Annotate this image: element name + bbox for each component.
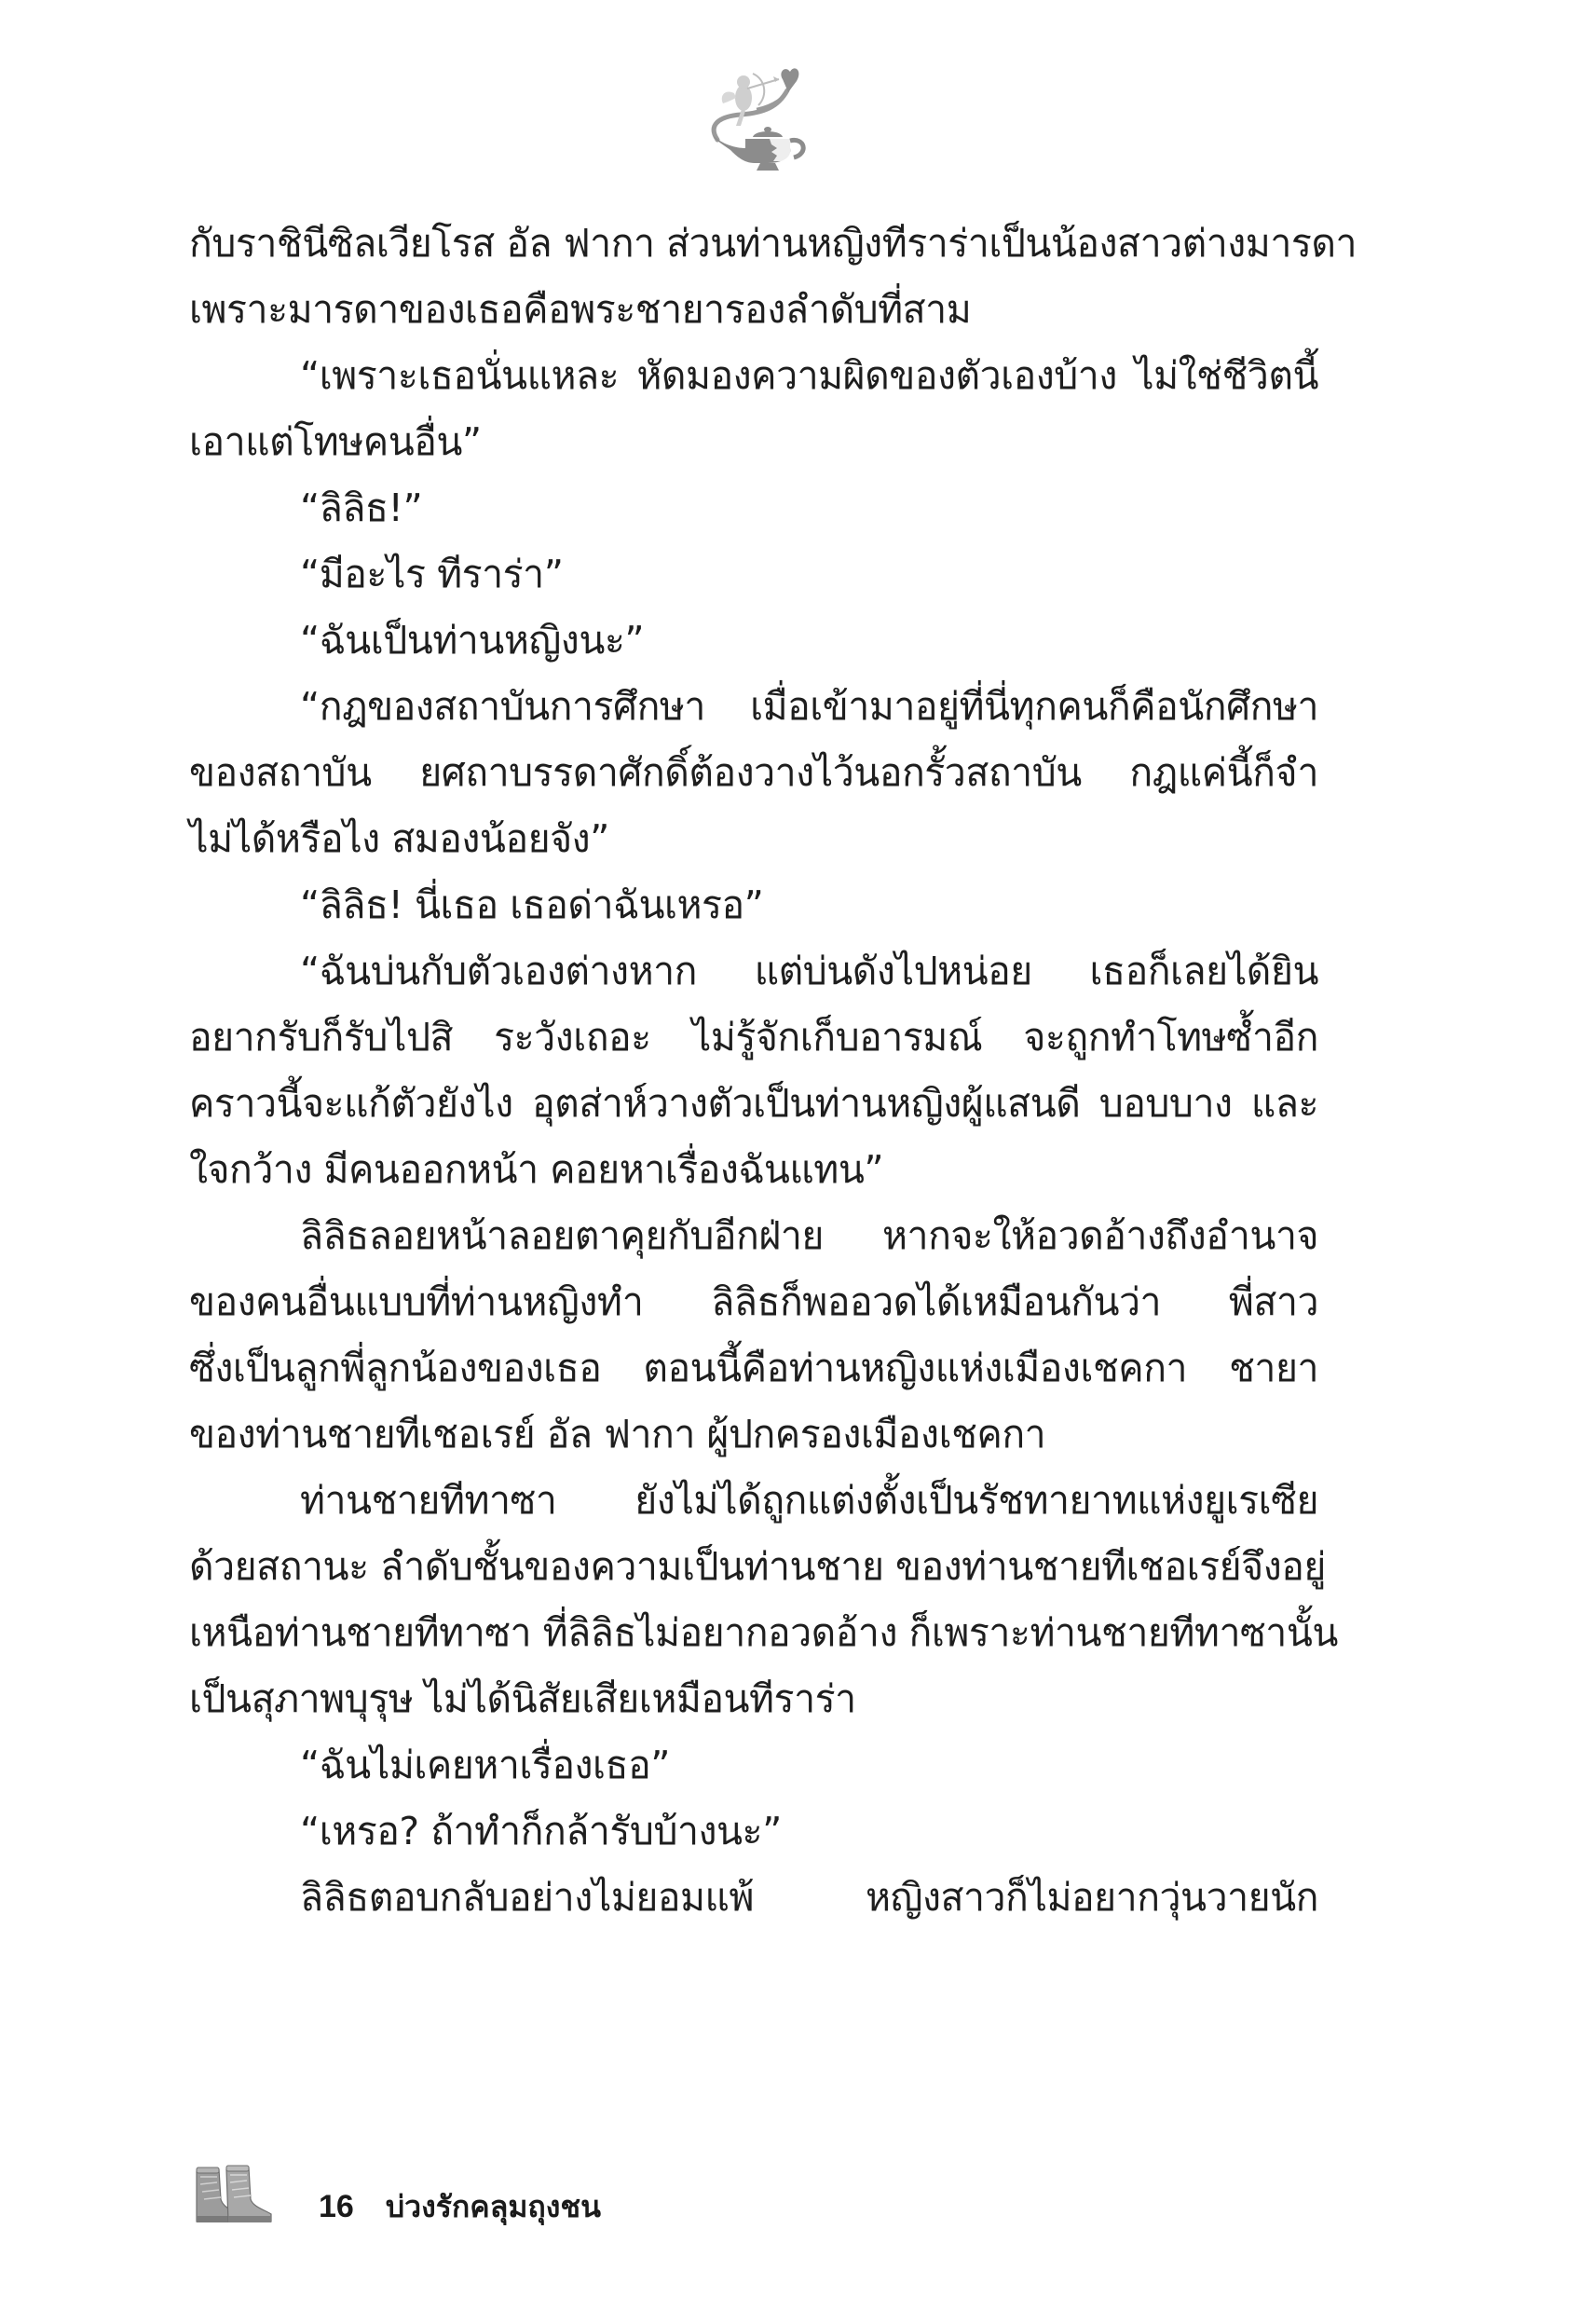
- paragraph-first-line: “ลิลิธ! นี่เธอ เธอด่าฉันเหรอ”: [189, 872, 1318, 938]
- text-line: ใจกว้าง มีคนออกหน้า คอยหาเรื่องฉันแทน”: [189, 1137, 1318, 1203]
- text-line: ของสถาบัน ยศถาบรรดาศักดิ์ต้องวางไว้นอกรั…: [189, 740, 1318, 806]
- paragraph-first-line: ลิลิธลอยหน้าลอยตาคุยกับอีกฝ่าย หากจะให้อ…: [189, 1203, 1318, 1269]
- paragraph-first-line: “ฉันไม่เคยหาเรื่องเธอ”: [189, 1732, 1318, 1798]
- paragraph-first-line: “มีอะไร ทีราร่า”: [189, 541, 1318, 608]
- text-line: ซึ่งเป็นลูกพี่ลูกน้องของเธอ ตอนนี้คือท่า…: [189, 1335, 1318, 1402]
- text-line: ของคนอื่นแบบที่ท่านหญิงทำ ลิลิธก็พออวดได…: [189, 1269, 1318, 1335]
- paragraph-first-line: “ลิลิธ!”: [189, 475, 1318, 541]
- body-text: กับราชินีซิลเวียโรส อัล ฟากา ส่วนท่านหญิ…: [189, 211, 1318, 1931]
- paragraph-first-line: ท่านชายทีทาซา ยังไม่ได้ถูกแต่งตั้งเป็นรั…: [189, 1468, 1318, 1534]
- text-line: ของท่านชายทีเชอเรย์ อัล ฟากา ผู้ปกครองเม…: [189, 1402, 1318, 1468]
- paragraph-first-line: “เหรอ? ถ้าทำก็กล้ารับบ้างนะ”: [189, 1798, 1318, 1865]
- text-line: เพราะมารดาของเธอคือพระชายารองลำดับที่สาม: [189, 277, 1318, 343]
- paragraph-first-line: “เพราะเธอนั่นแหละ หัดมองความผิดของตัวเอง…: [189, 343, 1318, 409]
- paragraph-first-line: “ฉันเป็นท่านหญิงนะ”: [189, 608, 1318, 674]
- book-title: บ่วงรักคลุมถุงชน: [386, 2188, 601, 2225]
- paragraph-first-line: ลิลิธตอบกลับอย่างไม่ยอมแพ้ หญิงสาวก็ไม่อ…: [189, 1865, 1318, 1931]
- paragraph-first-line: “กฎของสถาบันการศึกษา เมื่อเข้ามาอยู่ที่น…: [189, 674, 1318, 740]
- text-line: เหนือท่านชายทีทาซา ที่ลิลิธไม่อยากอวดอ้า…: [189, 1600, 1318, 1666]
- text-line: อยากรับก็รับไปสิ ระวังเถอะ ไม่รู้จักเก็บ…: [189, 1005, 1318, 1071]
- text-line: เอาแต่โทษคนอื่น”: [189, 409, 1318, 475]
- paragraph-first-line: “ฉันบ่นกับตัวเองต่างหาก แต่บ่นดังไปหน่อย…: [189, 938, 1318, 1005]
- text-line: กับราชินีซิลเวียโรส อัล ฟากา ส่วนท่านหญิ…: [189, 211, 1318, 277]
- boots-icon: [191, 2162, 277, 2225]
- text-line: เป็นสุภาพบุรุษ ไม่ได้นิสัยเสียเหมือนทีรา…: [189, 1666, 1318, 1732]
- page-number: 16: [319, 2188, 354, 2225]
- text-line: คราวนี้จะแก้ตัวยังไง อุตส่าห์วางตัวเป็นท…: [189, 1071, 1318, 1137]
- page-footer: 16 บ่วงรักคลุมถุงชน: [191, 2160, 601, 2225]
- text-line: ไม่ได้หรือไง สมองน้อยจัง”: [189, 806, 1318, 872]
- cupid-magic-lamp-icon: [689, 51, 811, 172]
- text-line: ด้วยสถานะ ลำดับชั้นของความเป็นท่านชาย ขอ…: [189, 1534, 1318, 1600]
